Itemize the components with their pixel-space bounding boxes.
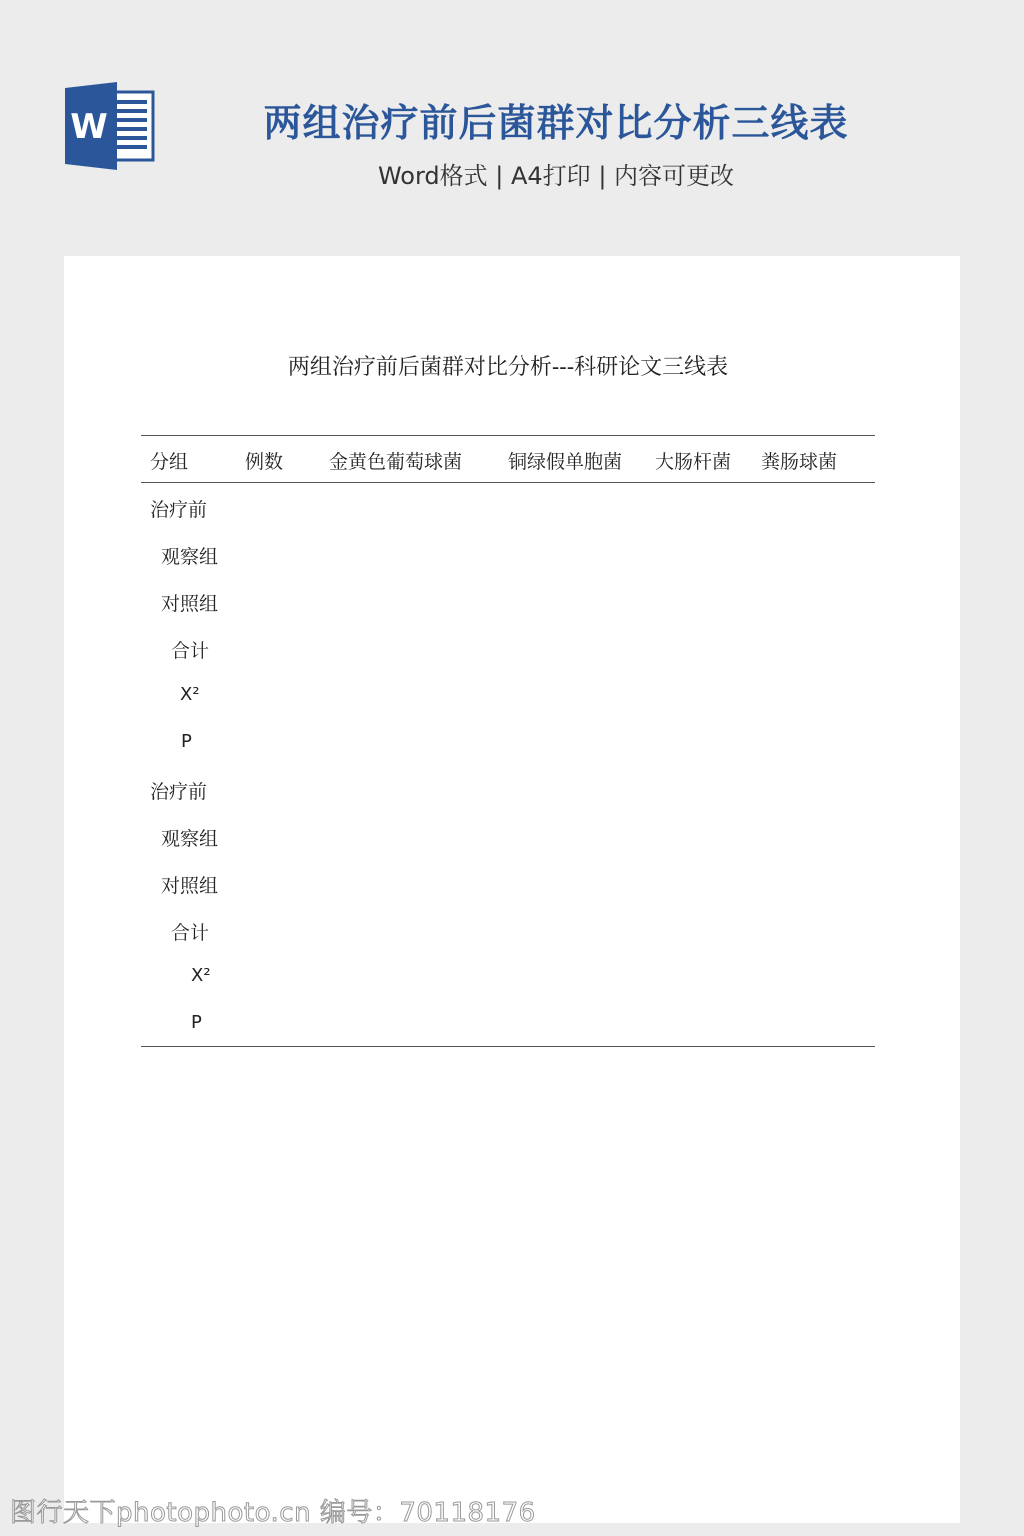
- table-row-label: P: [181, 731, 192, 752]
- table-header-row: 分组 例数 金黄色葡萄球菌 铜绿假单胞菌 大肠杆菌 粪肠球菌: [141, 436, 875, 482]
- document-title: 两组治疗前后菌群对比分析---科研论文三线表: [64, 350, 952, 381]
- table-row-label: 对照组: [161, 589, 218, 616]
- word-icon: W: [65, 82, 157, 170]
- table-row-label: 对照组: [161, 871, 218, 898]
- table-row-label: 治疗前: [150, 777, 207, 804]
- table-row-label: 观察组: [161, 542, 218, 569]
- table-row-label: X²: [180, 684, 200, 705]
- bottom-rule: [141, 1046, 875, 1047]
- table-row-label: 治疗前: [150, 495, 207, 522]
- column-header: 分组: [150, 447, 188, 474]
- column-header: 大肠杆菌: [655, 447, 731, 474]
- header-title: 两组治疗前后菌群对比分析三线表: [240, 92, 872, 147]
- table-row-label: X²: [191, 965, 211, 986]
- watermark: 图行天下photophoto.cn 编号：70118176: [10, 1492, 536, 1529]
- document-page: 两组治疗前后菌群对比分析---科研论文三线表 分组 例数 金黄色葡萄球菌 铜绿假…: [64, 256, 960, 1523]
- svg-text:W: W: [70, 107, 108, 147]
- column-header: 金黄色葡萄球菌: [329, 447, 462, 474]
- three-line-table: 分组 例数 金黄色葡萄球菌 铜绿假单胞菌 大肠杆菌 粪肠球菌 治疗前 观察组 对…: [141, 435, 875, 1047]
- table-row-label: P: [191, 1012, 202, 1033]
- column-header: 例数: [245, 447, 283, 474]
- table-row-label: 观察组: [161, 824, 218, 851]
- table-row-label: 合计: [171, 636, 209, 663]
- header-subtitle: Word格式 | A4打印 | 内容可更改: [240, 156, 872, 191]
- column-header: 粪肠球菌: [761, 447, 837, 474]
- table-row-label: 合计: [171, 918, 209, 945]
- table-body: 治疗前 观察组 对照组 合计 X² P 治疗前 观察组 对照组 合计 X² P: [141, 483, 875, 1046]
- column-header: 铜绿假单胞菌: [508, 447, 622, 474]
